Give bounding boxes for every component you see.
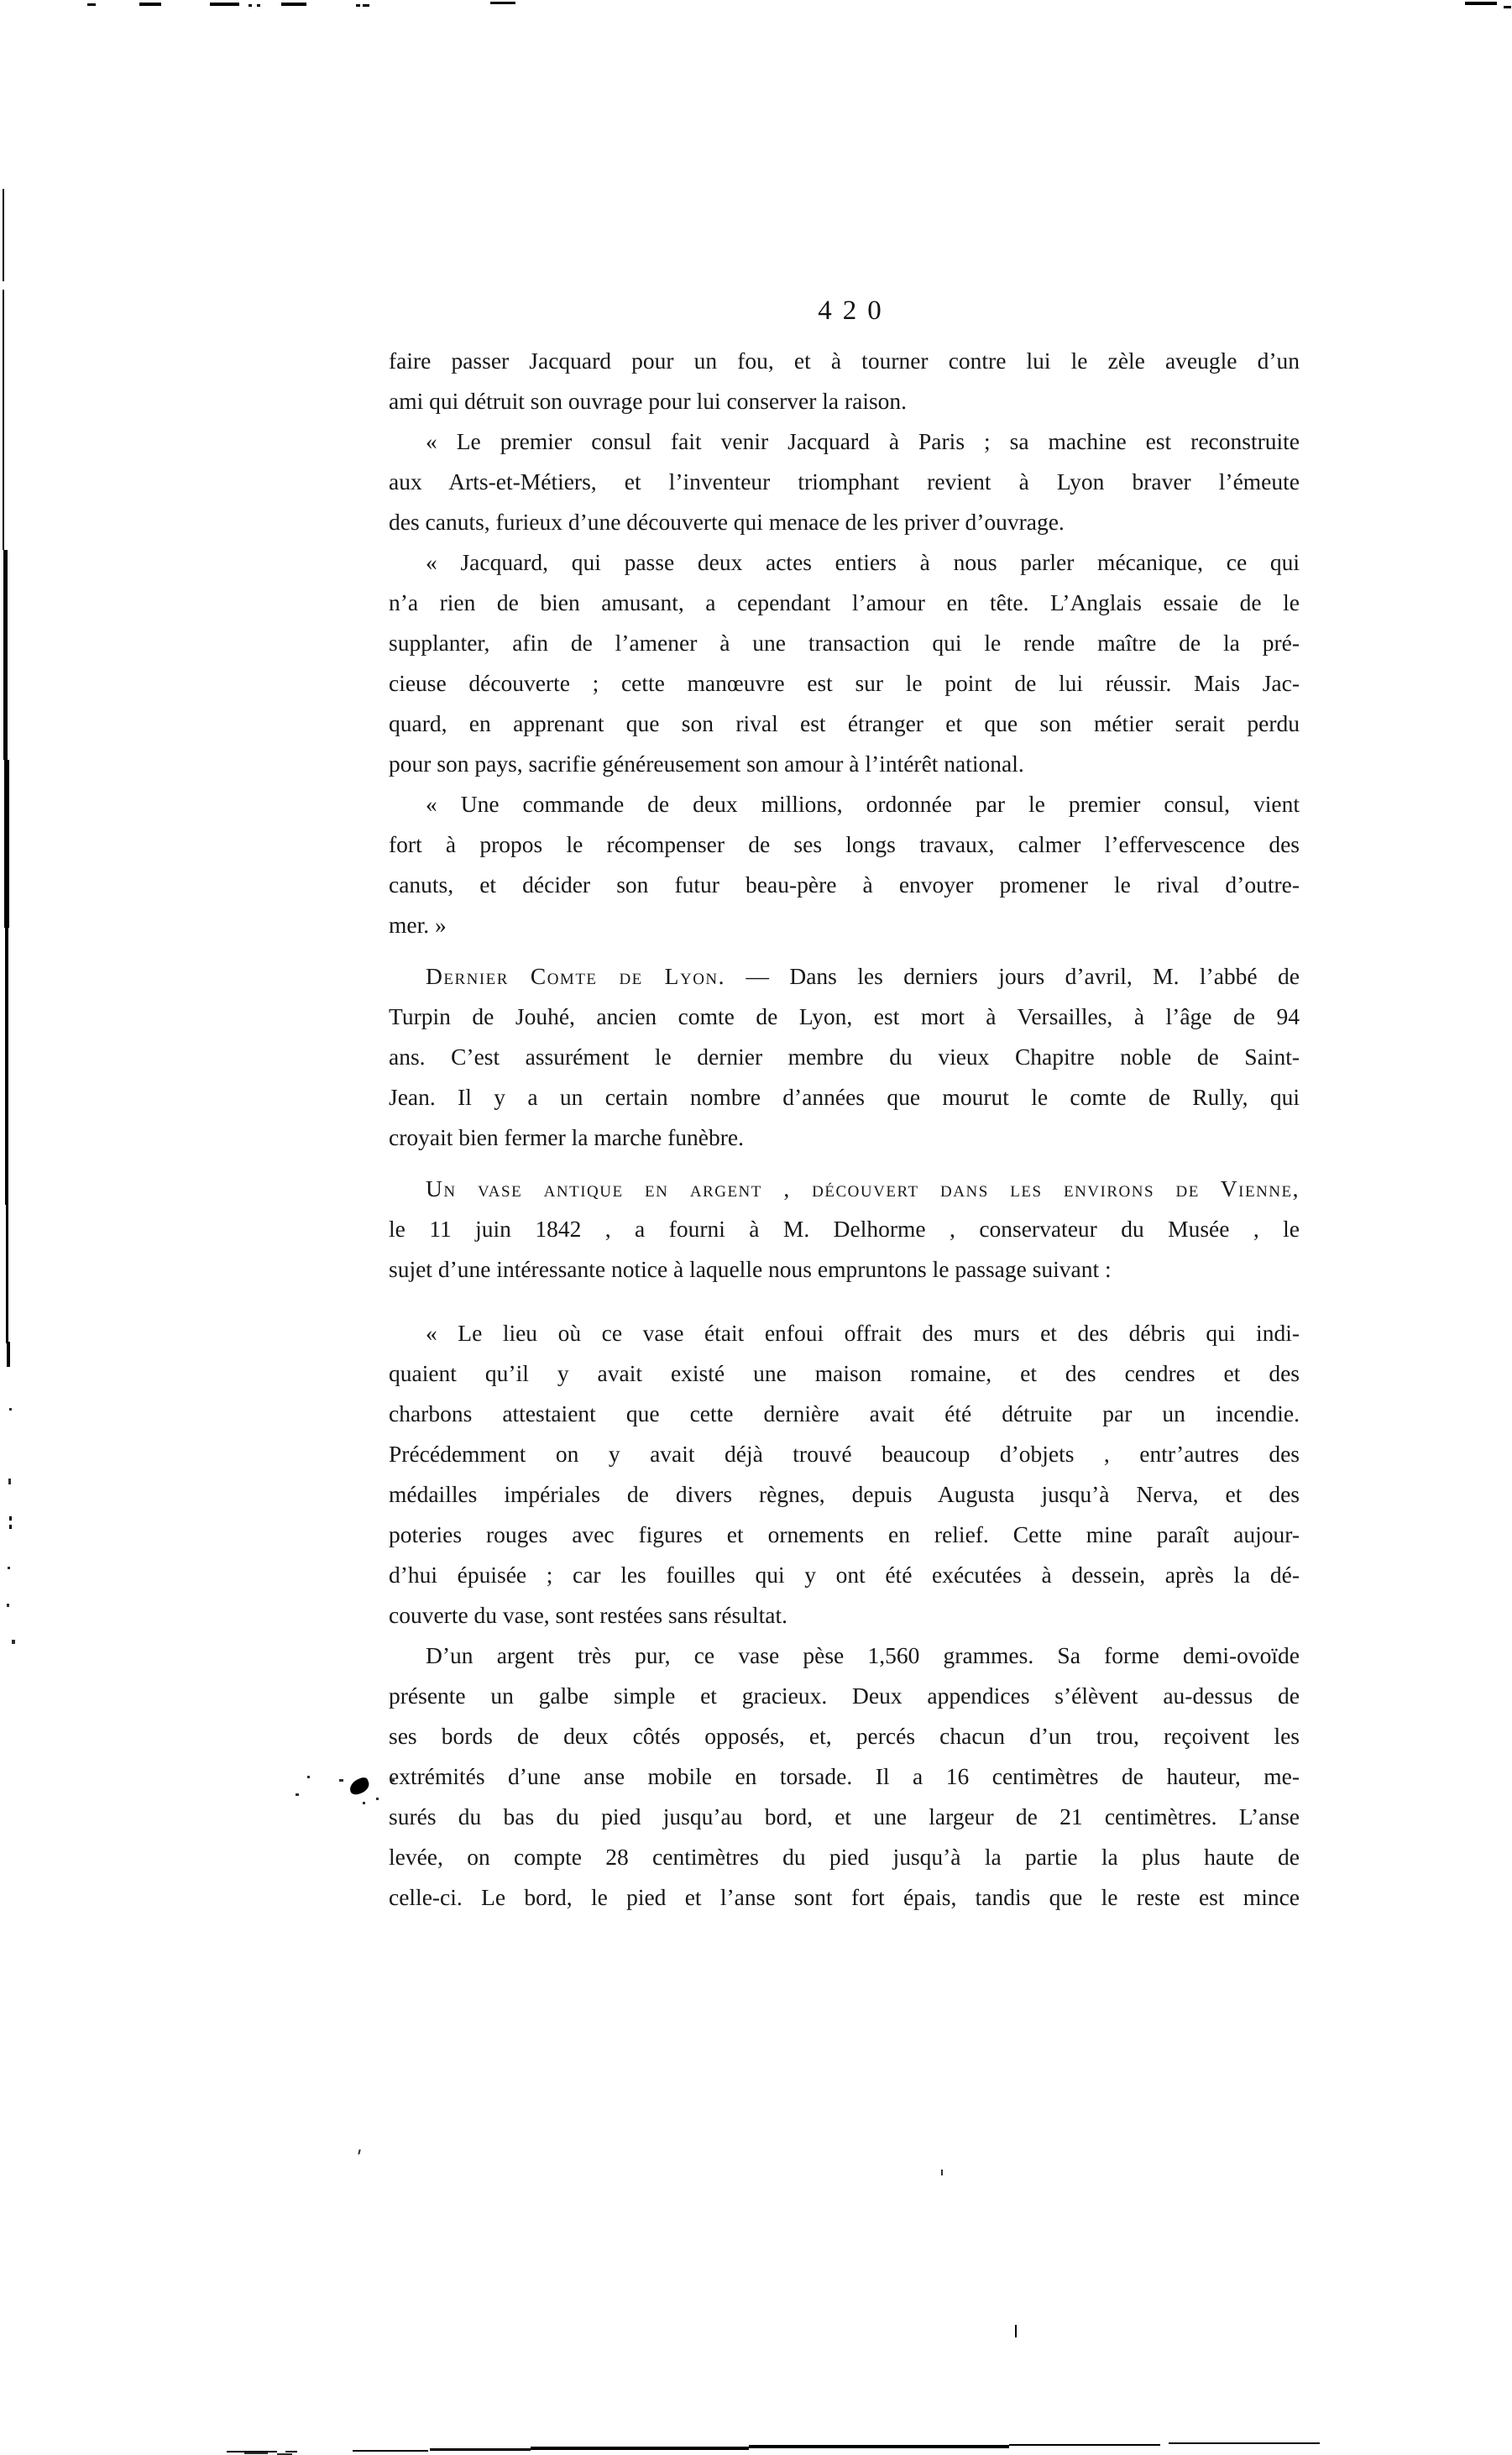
paragraph-description-vase: D’un argent très pur, ce vase pèse 1,560…: [389, 1636, 1300, 1918]
bottom-edge-line: [430, 2448, 531, 2451]
ink-blot: [348, 1776, 371, 1796]
text-line: « Le lieu où ce vase était enfoui offrai…: [389, 1313, 1300, 1353]
text-line: « Une commande de deux millions, ordonné…: [389, 784, 1300, 824]
text-line: présente un galbe simple et gracieux. De…: [389, 1676, 1300, 1716]
section-heading: Dernier Comte de Lyon.: [426, 963, 725, 989]
page-speck: [1015, 2325, 1017, 2337]
text-line: le 11 juin 1842 , a fourni à M. Delhorme…: [389, 1209, 1300, 1249]
text-line: ans. C’est assurément le dernier membre …: [389, 1037, 1300, 1077]
text-line: Jean. Il y a un certain nombre d’années …: [389, 1077, 1300, 1118]
text-line: ami qui détruit son ouvrage pour lui con…: [389, 381, 1300, 421]
bottom-edge-line: [1169, 2442, 1320, 2444]
left-edge-line: [3, 550, 8, 760]
bottom-edge-dash: [244, 2452, 268, 2454]
text-line: canuts, et décider son futur beau-père à…: [389, 865, 1300, 905]
text-line: quaient qu’il y avait existé une maison …: [389, 1353, 1300, 1394]
text-line: cieuse découverte ; cette manœuvre est s…: [389, 663, 1300, 704]
paragraph-dernier-comte: Dernier Comte de Lyon. — Dans les dernie…: [389, 956, 1300, 1158]
text-line: « Jacquard, qui passe deux actes entiers…: [389, 542, 1300, 583]
page-number: 420: [389, 296, 1311, 327]
text-line: supplanter, afin de l’amener à une trans…: [389, 623, 1300, 663]
text-line: levée, on compte 28 centimètres du pied …: [389, 1837, 1300, 1877]
top-edge-dash: [249, 4, 252, 7]
text-line: ses bords de deux côtés opposés, et, per…: [389, 1716, 1300, 1756]
bottom-edge-line: [285, 2451, 297, 2452]
margin-speck: [9, 1525, 12, 1529]
top-edge-dash: [1504, 6, 1511, 8]
section-heading: Un vase antique en argent , découvert da…: [426, 1175, 1300, 1201]
top-edge-dash: [1465, 2, 1497, 5]
text-line: charbons attestaient que cette dernière …: [389, 1394, 1300, 1434]
left-edge-line: [7, 1342, 10, 1367]
page-speck: [941, 2170, 943, 2175]
text-line: n’a rien de bien amusant, a cependant l’…: [389, 583, 1300, 623]
ink-blot-speck: [296, 1793, 299, 1796]
bottom-edge-line: [749, 2445, 1009, 2448]
bottom-edge-line: [531, 2447, 749, 2450]
text-line: fort à propos le récompenser de ses long…: [389, 824, 1300, 865]
text-line: Turpin de Jouhé, ancien comte de Lyon, e…: [389, 997, 1300, 1037]
text-line: Dernier Comte de Lyon. — Dans les dernie…: [389, 956, 1300, 997]
text-line: « Le premier consul fait venir Jacquard …: [389, 421, 1300, 462]
top-edge-dash: [139, 3, 161, 6]
left-edge-line: [5, 928, 8, 1205]
text-line: médailles impériales de divers règnes, d…: [389, 1474, 1300, 1515]
top-edge-dash: [257, 4, 260, 7]
text-line: des canuts, furieux d’une découverte qui…: [389, 502, 1300, 542]
bottom-edge-line: [353, 2450, 428, 2452]
top-edge-dash: [210, 3, 239, 6]
text-line: celle-ci. Le bord, le pied et l’anse son…: [389, 1877, 1300, 1918]
text-line: aux Arts-et-Métiers, et l’inventeur trio…: [389, 462, 1300, 502]
paragraph-jacquard-continuation: faire passer Jacquard pour un fou, et à …: [389, 341, 1300, 421]
text-line: quard, en apprenant que son rival est ét…: [389, 704, 1300, 744]
ink-blot-speck: [363, 1802, 365, 1804]
text-line: surés du bas du pied jusqu’au bord, et u…: [389, 1797, 1300, 1837]
text-line: pour son pays, sacrifie généreusement so…: [389, 744, 1300, 784]
text-line: d’hui épuisée ; car les fouilles qui y o…: [389, 1555, 1300, 1595]
text-line: faire passer Jacquard pour un fou, et à …: [389, 341, 1300, 381]
ink-blot-speck: [391, 1779, 395, 1782]
top-edge-dash: [87, 3, 96, 6]
ink-blot-speck: [376, 1798, 379, 1800]
ink-blot-speck: [307, 1776, 310, 1778]
left-edge-line: [3, 189, 4, 281]
left-edge-line: [6, 1205, 8, 1343]
margin-speck: [9, 1408, 12, 1411]
margin-speck: [7, 1604, 9, 1607]
paragraph-lieu-du-vase: « Le lieu où ce vase était enfoui offrai…: [389, 1313, 1300, 1636]
paragraph-commande: « Une commande de deux millions, ordonné…: [389, 784, 1300, 945]
text-line: couverte du vase, sont restées sans résu…: [389, 1595, 1300, 1636]
top-edge-dash: [363, 4, 369, 7]
text-line: D’un argent très pur, ce vase pèse 1,560…: [389, 1636, 1300, 1676]
left-edge-line: [4, 760, 9, 928]
text-line: poteries rouges avec figures et ornement…: [389, 1515, 1300, 1555]
margin-speck: [12, 1640, 15, 1644]
page-speck: [358, 2149, 360, 2154]
paragraph-vase-antique: Un vase antique en argent , découvert da…: [389, 1169, 1300, 1290]
text-line: Un vase antique en argent , découvert da…: [389, 1169, 1300, 1209]
top-edge-dash: [490, 2, 515, 4]
margin-speck: [9, 1516, 12, 1521]
text-line: Précédemment on y avait déjà trouvé beau…: [389, 1434, 1300, 1474]
top-edge-dash: [281, 3, 306, 6]
margin-speck: [8, 1567, 10, 1569]
top-edge-dash: [356, 4, 360, 7]
text-run: — Dans les derniers jours d’avril, M. l’…: [725, 963, 1300, 989]
ink-blot-speck: [339, 1779, 343, 1782]
scanned-page: 420 faire passer Jacquard pour un fou, e…: [0, 0, 1512, 2455]
paragraph-jacquard-anglais: « Jacquard, qui passe deux actes entiers…: [389, 542, 1300, 784]
margin-speck: [8, 1479, 11, 1484]
paragraph-premier-consul: « Le premier consul fait venir Jacquard …: [389, 421, 1300, 542]
text-line: sujet d’une intéressante notice à laquel…: [389, 1249, 1300, 1290]
text-line: extrémités d’une anse mobile en torsade.…: [389, 1756, 1300, 1797]
text-block: faire passer Jacquard pour un fou, et à …: [389, 341, 1300, 1918]
left-edge-line: [3, 290, 4, 550]
bottom-edge-line: [1009, 2444, 1160, 2446]
text-line: croyait bien fermer la marche funèbre.: [389, 1118, 1300, 1158]
text-line: mer. »: [389, 905, 1300, 945]
